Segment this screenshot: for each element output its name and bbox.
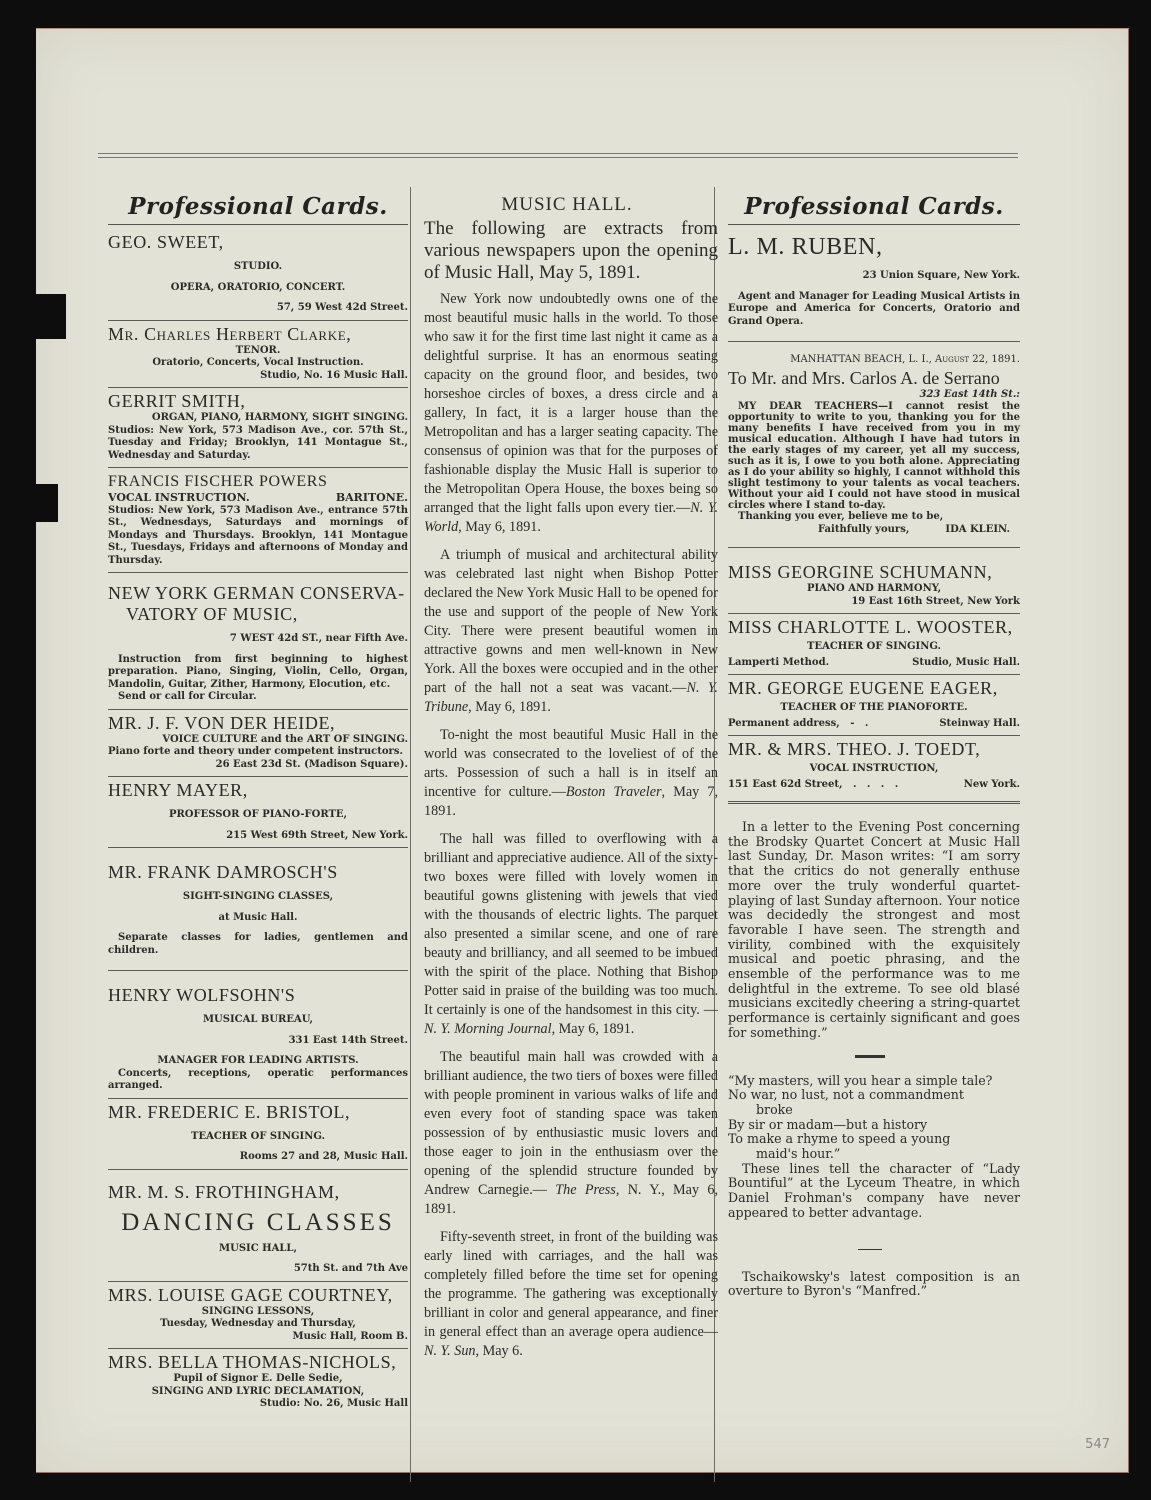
right-column: Professional Cards. L. M. RUBEN, 23 Unio… (720, 189, 1020, 1299)
article-title: MUSIC HALL. (416, 194, 718, 216)
top-rule (98, 157, 1018, 158)
pencil-page-number: 547 (1085, 1437, 1110, 1452)
card-toedt: Mr. & Mrs. Theo. J. Toedt, VOCAL INSTRUC… (728, 736, 1020, 804)
extract: The hall was filled to overflowing with … (416, 830, 718, 1039)
torn-edge (32, 294, 66, 339)
torn-edge (0, 149, 34, 1472)
newspaper-page: Professional Cards. Geo. Sweet, STUDIO. … (36, 28, 1129, 1473)
verse-quote: “My masters, will you hear a simple tale… (720, 1074, 1020, 1162)
card-georgine-schumann: Miss Georgine Schumann, PIANO AND HARMON… (728, 548, 1020, 614)
column-divider (410, 187, 411, 1482)
extract: To-night the most beautiful Music Hall i… (416, 726, 718, 821)
card-bella-thomas-nichols: Mrs. Bella Thomas-Nichols, Pupil of Sign… (108, 1349, 408, 1416)
card-ruben: L. M. RUBEN, 23 Union Square, New York. … (728, 229, 1020, 342)
section-dash (858, 1249, 882, 1250)
middle-column: MUSIC HALL. The following are extracts f… (416, 189, 718, 1370)
extract: Fifty-seventh street, in front of the bu… (416, 1228, 718, 1361)
card-charles-clarke: Mr. Charles Herbert Clarke, TENOR. Orato… (108, 321, 408, 389)
section-header: Professional Cards. (728, 193, 1020, 225)
card-george-eager: Mr. George Eugene Eager, TEACHER OF THE … (728, 675, 1020, 736)
extract: A triumph of musical and architectural a… (416, 546, 718, 717)
card-gerrit-smith: Gerrit Smith, ORGAN, PIANO, HARMONY, SIG… (108, 388, 408, 468)
card-henry-wolfsohn: Henry Wolfsohn's MUSICAL BUREAU, 331 Eas… (108, 971, 408, 1099)
card-louise-courtney: Mrs. Louise Gage Courtney, SINGING LESSO… (108, 1282, 408, 1350)
testimonial-letter: MANHATTAN BEACH, L. I., August 22, 1891.… (728, 342, 1020, 548)
brodsky-paragraph: In a letter to the Evening Post concerni… (720, 820, 1020, 1041)
section-header: Professional Cards. (108, 193, 408, 225)
card-francis-powers: Francis Fischer Powers VOCAL INSTRUCTION… (108, 468, 408, 573)
extract: New York now undoubtedly owns one of the… (416, 290, 718, 537)
card-german-conservatory: New York German Conserva- vatory of Musi… (108, 573, 408, 710)
left-column: Professional Cards. Geo. Sweet, STUDIO. … (108, 189, 408, 1416)
dancing-classes-heading: DANCING CLASSES (108, 1209, 408, 1237)
card-frothingham: Mr. M. S. Frothingham, DANCING CLASSES M… (108, 1170, 408, 1282)
top-rule (98, 153, 1018, 154)
extract: The beautiful main hall was crowded with… (416, 1048, 718, 1219)
torn-edge (32, 484, 58, 522)
card-von-der-heide: Mr. J. F. Von der Heide, VOICE CULTURE a… (108, 710, 408, 778)
card-henry-mayer: Henry Mayer, PROFESSOR OF PIANO-FORTE, 2… (108, 777, 408, 848)
card-charlotte-wooster: Miss Charlotte L. Wooster, TEACHER OF SI… (728, 614, 1020, 675)
article-lede: The following are extracts from various … (416, 218, 718, 284)
section-dash (855, 1055, 885, 1058)
lady-bountiful-paragraph: These lines tell the character of “Lady … (720, 1162, 1020, 1221)
tschaikowsky-paragraph: Tschaikowsky's latest composition is an … (720, 1270, 1020, 1299)
card-name: Geo. Sweet, (108, 232, 408, 253)
card-frederic-bristol: Mr. Frederic E. Bristol, TEACHER OF SING… (108, 1099, 408, 1170)
card-geo-sweet: Geo. Sweet, STUDIO. OPERA, ORATORIO, CON… (108, 229, 408, 321)
card-frank-damrosch: Mr. Frank Damrosch's SIGHT-SINGING CLASS… (108, 848, 408, 971)
